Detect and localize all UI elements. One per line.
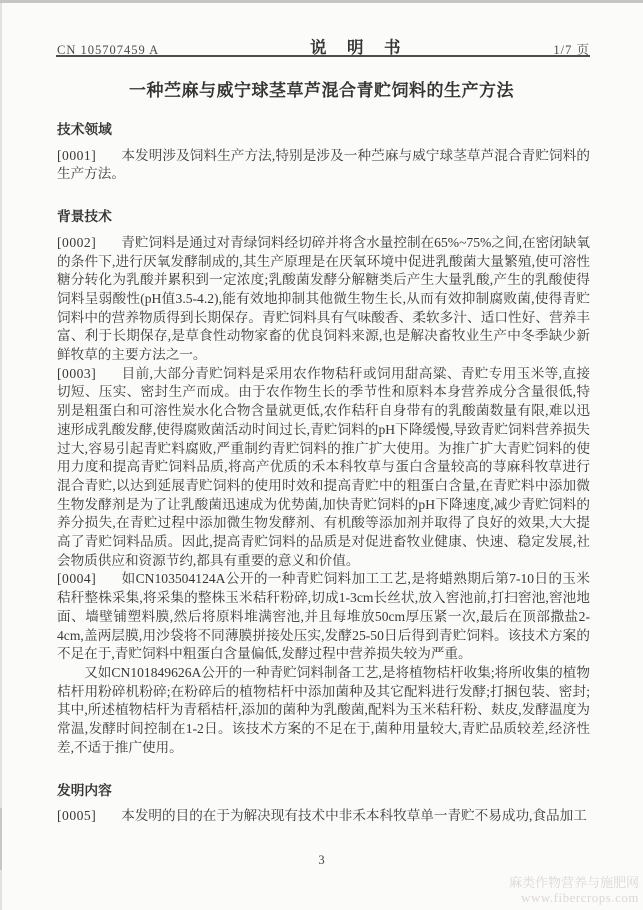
paragraph-number: [0002] (57, 235, 96, 250)
paragraph-text: 青贮饲料是通过对青绿饲料经切碎并将含水量控制在65%~75%之间,在密闭缺氧的条… (57, 235, 590, 362)
scan-artifact-left-edge (0, 3, 2, 910)
paragraph-text: 本发明的目的在于为解决现有技术中非禾本科牧草单一青贮不易成功,食品加工 (121, 808, 587, 823)
paragraph: [0003]目前,大部分青贮饲料是采用农作物秸秆或饲用甜高粱、青贮专用玉米等,直… (57, 365, 590, 571)
paragraph: [0005]本发明的目的在于为解决现有技术中非禾本科牧草单一青贮不易成功,食品加… (57, 807, 590, 826)
paragraph-number: [0001] (57, 148, 96, 163)
paragraph-number: [0003] (57, 366, 96, 381)
paragraph-text: 目前,大部分青贮饲料是采用农作物秸秆或饲用甜高粱、青贮专用玉米等,直接切短、压实… (57, 366, 590, 568)
paragraph-text: 又如CN101849626A公开的一种青贮饲料制备工艺,是将植物桔杆收集;将所收… (57, 665, 590, 755)
paragraph: [0002]青贮饲料是通过对青绿饲料经切碎并将含水量控制在65%~75%之间,在… (57, 234, 590, 365)
paragraph-text: 如CN103504124A公开的一种青贮饲料加工工艺,是将蜡熟期后第7-10日的… (57, 571, 590, 661)
invention-title: 一种苎麻与威宁球茎草芦混合青贮饲料的生产方法 (0, 76, 643, 101)
paragraph: [0001]本发明涉及饲料生产方法,特别是涉及一种苎麻与威宁球茎草芦混合青贮饲料… (57, 147, 590, 184)
section-heading-2: 发明内容 (57, 782, 590, 801)
paragraph-number: [0004] (57, 571, 96, 586)
paragraph-text: 本发明涉及饲料生产方法,特别是涉及一种苎麻与威宁球茎草芦混合青贮饲料的生产方法。 (57, 148, 590, 182)
header-rule (56, 55, 590, 57)
watermark-site-name: 麻类作物营养与施肥网 (509, 875, 639, 890)
scan-artifact-top-edge (0, 0, 643, 3)
paragraph-number: [0005] (57, 808, 96, 823)
paragraph: [0004]如CN103504124A公开的一种青贮饲料加工工艺,是将蜡熟期后第… (57, 570, 590, 664)
section-heading-1: 背景技术 (57, 208, 590, 227)
page-number: 3 (0, 853, 643, 868)
patent-page: CN 105707459 A 说 明 书 1/7 页 一种苎麻与威宁球茎草芦混合… (0, 0, 643, 910)
section-heading-0: 技术领域 (57, 121, 590, 140)
watermark-site-url: www.fibercrops.com (509, 890, 639, 905)
watermark: 麻类作物营养与施肥网 www.fibercrops.com (509, 875, 639, 905)
document-body: 技术领域[0001]本发明涉及饲料生产方法,特别是涉及一种苎麻与威宁球茎草芦混合… (57, 114, 590, 826)
paragraph: 又如CN101849626A公开的一种青贮饲料制备工艺,是将植物桔杆收集;将所收… (57, 664, 590, 758)
